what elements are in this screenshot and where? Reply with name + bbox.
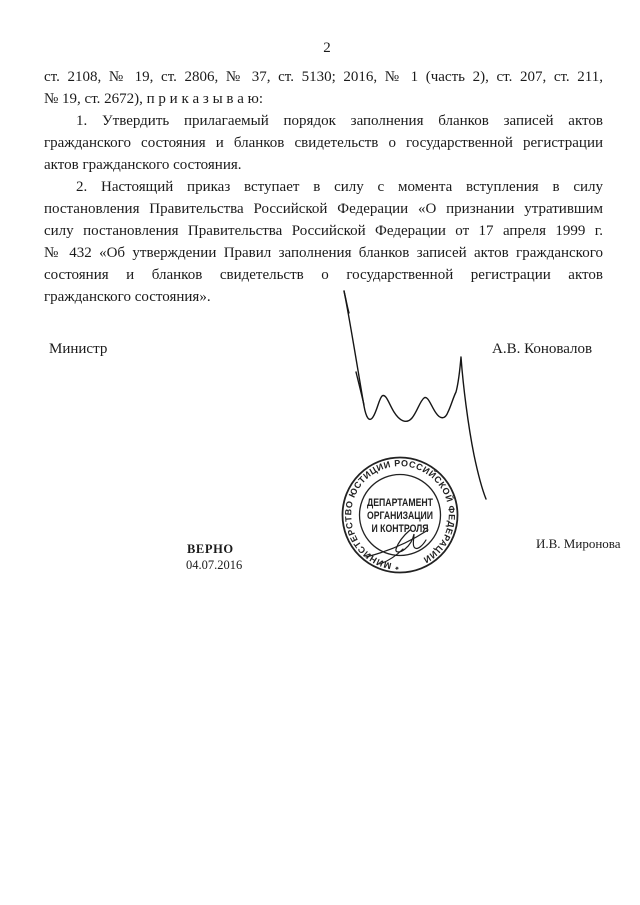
document-body: ст. 2108, № 19, ст. 2806, № 37, ст. 5130… [44, 66, 603, 308]
stamp-inner-line-3: И КОНТРОЛЯ [372, 523, 429, 535]
paragraph-line: постановления Правительства Российской Ф… [44, 198, 603, 220]
stamp-inner-line-1: ДЕПАРТАМЕНТ [367, 497, 433, 509]
paragraph-line: ст. 2108, № 19, ст. 2806, № 37, ст. 5130… [44, 66, 603, 88]
certifier-name: И.В. Миронова [536, 536, 621, 552]
paragraph-line: 2. Настоящий приказ вступает в силу с мо… [44, 176, 603, 198]
paragraph-line: состояния и бланков свидетельств о госуд… [44, 264, 603, 286]
stamp-inner-line-2: ОРГАНИЗАЦИИ [367, 510, 433, 522]
page-number: 2 [0, 40, 640, 57]
signature-hook [344, 291, 349, 313]
paragraph-line: гражданского состояния и бланков свидете… [44, 132, 603, 154]
paragraph-line: актов гражданского состояния. [44, 154, 603, 176]
ministry-round-stamp: * МИНИСТЕРСТВО ЮСТИЦИИ РОССИЙСКОЙ ФЕДЕРА… [332, 447, 468, 583]
verno-label: ВЕРНО [187, 542, 234, 557]
signature-thick-stroke [356, 372, 364, 405]
verno-date: 04.07.2016 [186, 558, 242, 573]
paragraph-line: 1. Утвердить прилагаемый порядок заполне… [44, 110, 603, 132]
document-page: 2 ст. 2108, № 19, ст. 2806, № 37, ст. 51… [0, 0, 640, 905]
minister-title: Министр [49, 341, 107, 358]
paragraph-line: № 19, ст. 2672), п р и к а з ы в а ю: [44, 88, 603, 110]
paragraph-line: гражданского состояния». [44, 286, 603, 308]
minister-name: А.В. Коновалов [492, 341, 592, 358]
paragraph-line: силу постановления Правительства Российс… [44, 220, 603, 242]
paragraph-line: № 432 «Об утверждении Правил заполнения … [44, 242, 603, 264]
